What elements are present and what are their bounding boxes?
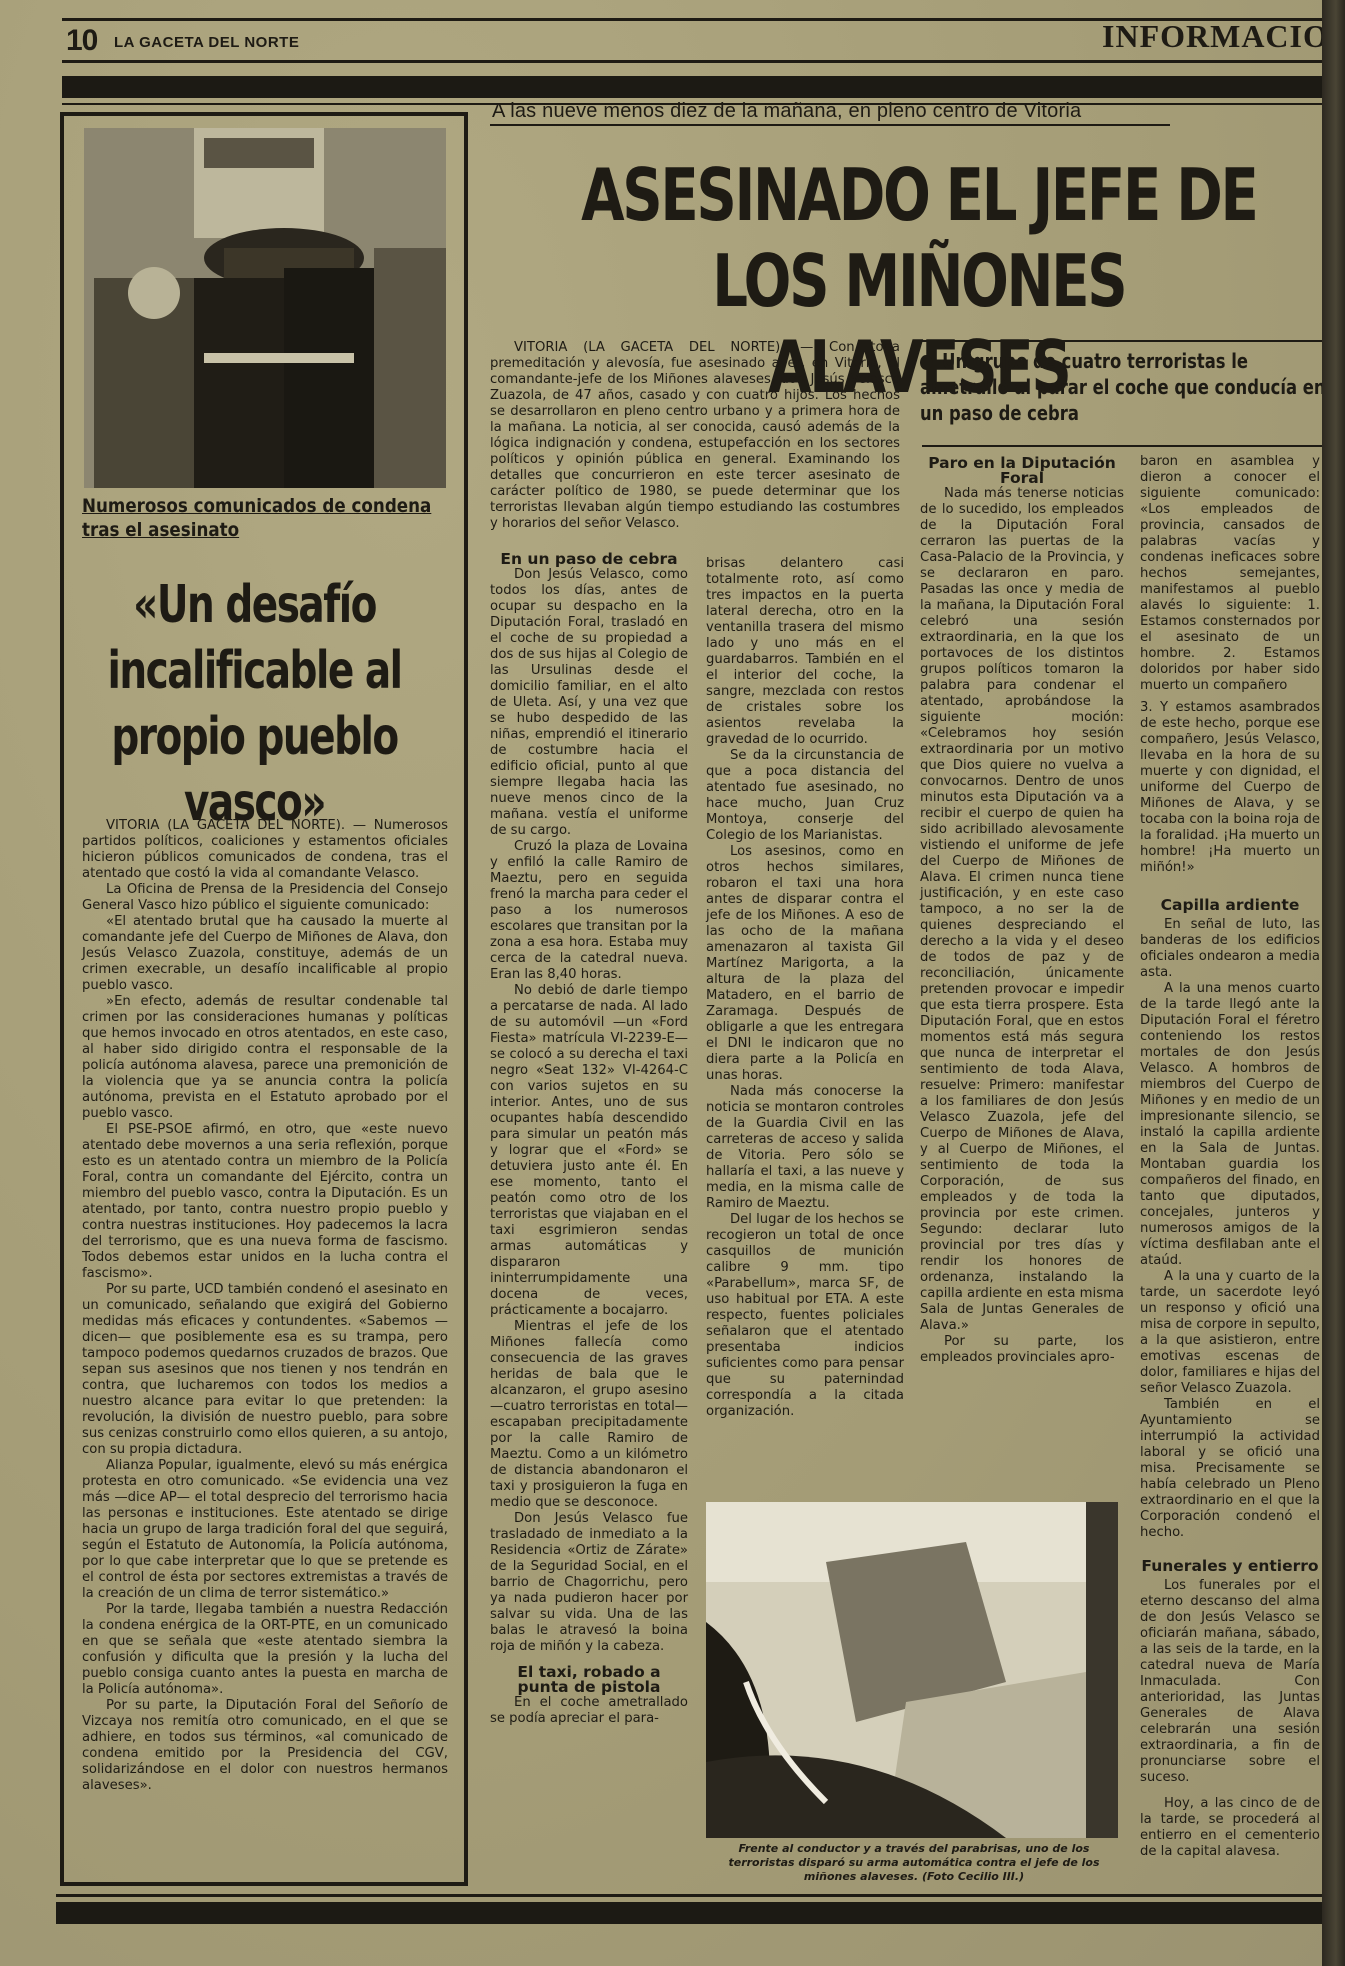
bottom-black-bar [56, 1902, 1326, 1924]
bullet-deck: Un grupo de cuatro terroristas le ametra… [920, 348, 1330, 426]
bullet-bottom-rule [922, 445, 1322, 447]
paragraph: Por su parte, los empleados provinciales… [920, 1334, 1124, 1366]
kicker-rule [490, 124, 1170, 126]
paragraph: En señal de luto, las banderas de los ed… [1140, 917, 1320, 981]
paragraph: Hoy, a las cinco de de la tarde, se proc… [1140, 1796, 1320, 1860]
bullet-dot-icon [920, 355, 932, 370]
bottom-rule [56, 1894, 1326, 1897]
lede-paragraph: VITORIA (LA GACETA DEL NORTE). — Con tod… [490, 340, 900, 532]
paragraph: Los asesinos, como en otros hechos simil… [706, 844, 904, 1084]
paragraph: El PSE-PSOE afirmó, en otro, que «este n… [82, 1122, 448, 1282]
paragraph: Mientras el jefe de los Miñones fallecía… [490, 1319, 688, 1511]
headline-line-1: ASESINADO EL JEFE DE [560, 152, 1278, 238]
column-3: Paro en la Diputación Foral Nada más ten… [920, 456, 1124, 1366]
lede: VITORIA (LA GACETA DEL NORTE). — Con tod… [490, 340, 900, 532]
paragraph: A la una menos cuarto de la tarde llegó … [1140, 981, 1320, 1269]
black-banner-bar [62, 76, 1345, 98]
paragraph: VITORIA (LA GACETA DEL NORTE). — Numeros… [82, 818, 448, 882]
paragraph: Cruzó la plaza de Lovaina y enfiló la ca… [490, 839, 688, 983]
sidebar-subhead: Numerosos comunicados de condena tras el… [82, 494, 452, 542]
section-title: INFORMACION [1102, 18, 1345, 55]
masthead-rule [62, 60, 1345, 63]
shattered-windshield-icon [706, 1502, 1118, 1838]
kicker: A las nueve menos diez de la mañana, en … [492, 100, 1081, 123]
bullet-text: Un grupo de cuatro terroristas le ametra… [920, 349, 1326, 425]
page-number: 10 [66, 24, 97, 58]
paragraph: »En efecto, además de resultar condenabl… [82, 994, 448, 1122]
sidebar-body: VITORIA (LA GACETA DEL NORTE). — Numeros… [82, 818, 448, 1794]
photo-caption: Frente al conductor y a través del parab… [704, 1842, 1124, 1884]
subhead-paro-diputacion: Paro en la Diputación Foral [920, 456, 1124, 486]
paragraph: Del lugar de los hechos se recogieron un… [706, 1212, 904, 1420]
paragraph: Por la tarde, llegaba también a nuestra … [82, 1602, 448, 1698]
paragraph: En el coche ametrallado se podía aprecia… [490, 1695, 688, 1727]
column-4: baron en asamblea y dieron a conocer el … [1140, 454, 1320, 1860]
column-1: En un paso de cebra Don Jesús Velasco, c… [490, 552, 688, 1727]
paragraph: Nada más conocerse la noticia se montaro… [706, 1084, 904, 1212]
paragraph: Don Jesús Velasco fue trasladado de inme… [490, 1511, 688, 1655]
sidebar-quote-headline: «Un desafío incalificable al propio pueb… [82, 572, 427, 836]
paragraph: Los funerales por el eterno descanso del… [1140, 1578, 1320, 1786]
coffin-photo-icon [84, 128, 446, 488]
publication-name: LA GACETA DEL NORTE [114, 34, 299, 51]
paragraph: Don Jesús Velasco, como todos los días, … [490, 567, 688, 839]
paragraph: «El atentado brutal que ha causado la mu… [82, 914, 448, 994]
paragraph: baron en asamblea y dieron a conocer el … [1140, 454, 1320, 694]
paragraph: A la una y cuarto de la tarde, un sacerd… [1140, 1269, 1320, 1397]
bullet-top-rule [922, 340, 1322, 342]
paragraph: Se da la circunstancia de que a poca dis… [706, 748, 904, 844]
subhead-paso-de-cebra: En un paso de cebra [490, 552, 688, 567]
paragraph: brisas delantero casi totalmente roto, a… [706, 556, 904, 748]
paragraph: Alianza Popular, igualmente, elevó su má… [82, 1458, 448, 1602]
page-binding-edge [1322, 0, 1345, 1966]
paragraph: También en el Ayuntamiento se interrumpi… [1140, 1397, 1320, 1541]
column-2: brisas delantero casi totalmente roto, a… [706, 556, 904, 1420]
paragraph: Por su parte, la Diputación Foral del Se… [82, 1698, 448, 1794]
paragraph: Nada más tenerse noticias de lo sucedido… [920, 486, 1124, 1334]
paragraph: Por su parte, UCD también condenó el ase… [82, 1282, 448, 1458]
paragraph: La Oficina de Prensa de la Presidencia d… [82, 882, 448, 914]
subhead-funerales: Funerales y entierro [1140, 1559, 1320, 1574]
subhead-taxi-robado: El taxi, robado a punta de pistola [490, 1665, 688, 1695]
subhead-capilla-ardiente: Capilla ardiente [1140, 898, 1320, 913]
funeral-photo [84, 128, 446, 488]
car-windshield-photo [706, 1502, 1118, 1838]
paragraph: 3. Y estamos asambrados de este hecho, p… [1140, 700, 1320, 876]
paragraph: No debió de darle tiempo a percatarse de… [490, 983, 688, 1319]
